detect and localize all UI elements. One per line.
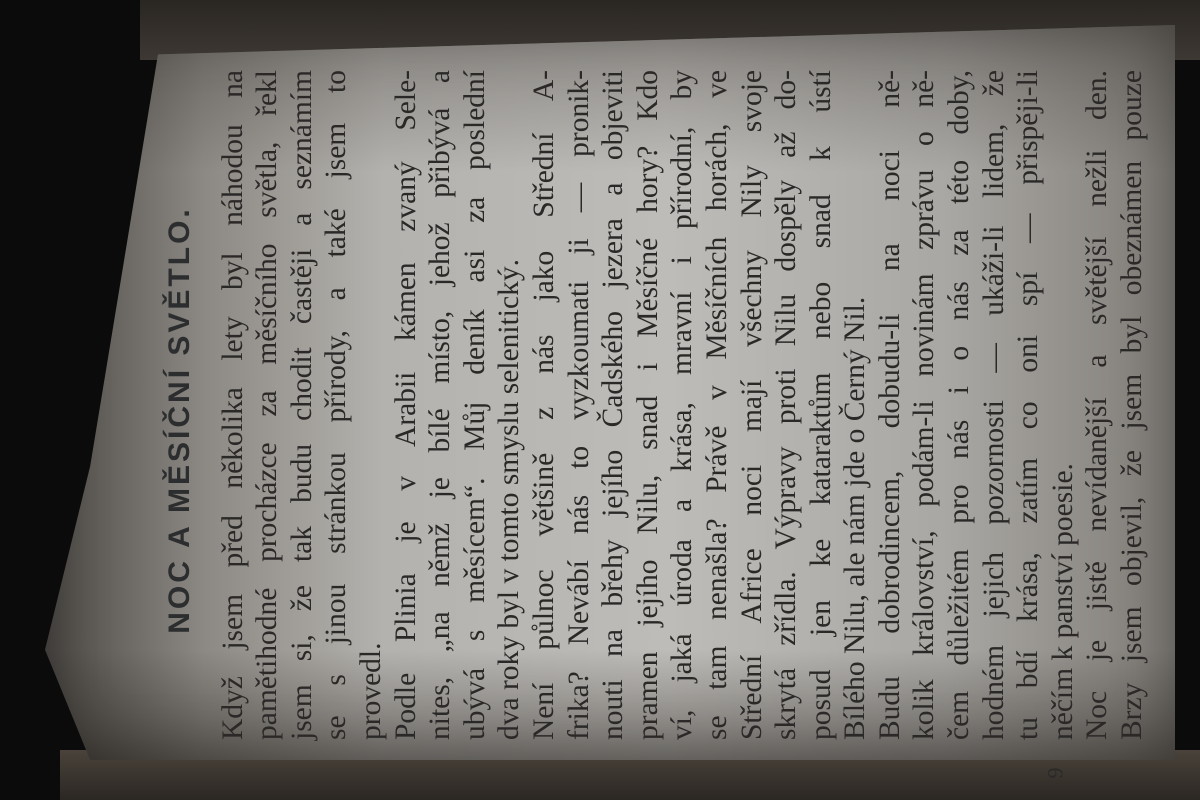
paragraph-3: Není půlnoc většině z nás jako Střední A…: [527, 70, 873, 770]
text-line: nites, „na němž je bílé místo, jehož při…: [423, 70, 458, 770]
page-number: 9: [1043, 768, 1069, 779]
text-line: ubývá s měsícem“. Můj deník asi za posle…: [458, 70, 493, 770]
text-line: skrytá zřídla. Výpravy proti Nilu dospěl…: [769, 70, 804, 770]
text-line: jsem si, že tak budu chodit častěji a se…: [285, 70, 320, 770]
text-line: pramen jejího Nilu, snad i Měsíčné hory?…: [631, 70, 666, 770]
text-line: Brzy jsem objevil, že jsem byl obeznámen…: [1115, 70, 1150, 770]
text-line: Střední Africe noci mají všechny Nily sv…: [735, 70, 770, 770]
text-line: ví, jaká úroda a krása, mravní i přírodn…: [665, 70, 700, 770]
text-line: Když jsem před několika lety byl náhodou…: [216, 70, 251, 770]
text-line: frika? Nevábí nás to vyzkoumati ji — pro…: [562, 70, 597, 770]
text-line: hodném jejich pozornosti — ukáži-li lide…: [977, 70, 1012, 770]
page-text: NOC A MĚSÍČNÍ SVĚTLO. Když jsem před něk…: [163, 70, 1033, 770]
text-line: se tam nenašla? Právě v Měsíčních horách…: [700, 70, 735, 770]
text-line: se s jinou stránkou přírody, a také jsem…: [319, 70, 354, 770]
text-line: nouti na břehy jejího Čadského jezera a …: [596, 70, 631, 770]
text-line: něčím k panství poesie.: [1046, 70, 1081, 770]
text-line: Budu dobrodincem, dobudu-li na noci ně-: [873, 70, 908, 770]
text-line: pamětihodné procházce za měsíčního světl…: [250, 70, 285, 770]
paragraph-1: Když jsem před několika lety byl náhodou…: [216, 70, 389, 770]
chapter-title: NOC A MĚSÍČNÍ SVĚTLO.: [163, 70, 198, 770]
text-line: kolik království, podám-li novinám zpráv…: [907, 70, 942, 770]
text-line: čem důležitém pro nás i o nás za této do…: [942, 70, 977, 770]
text-line: provedl.: [354, 70, 389, 770]
text-line: Není půlnoc většině z nás jako Střední A…: [527, 70, 562, 770]
text-line: tu bdí krása, zatím co oni spí — přispěj…: [1011, 70, 1046, 770]
text-line: dva roky byl v tomto smyslu selenitický.: [492, 70, 527, 770]
text-line: Noc je jistě nevídanější a světější nežl…: [1080, 70, 1115, 770]
paragraph-2: Podle Plinia je v Arabii kámen zvaný Sel…: [389, 70, 527, 770]
paragraph-4: Budu dobrodincem, dobudu-li na noci ně- …: [873, 70, 1081, 770]
paragraph-5: Noc je jistě nevídanější a světější nežl…: [1080, 70, 1149, 770]
text-line: Podle Plinia je v Arabii kámen zvaný Sel…: [389, 70, 424, 770]
text-line: Bílého Nilu, ale nám jde o Černý Nil.: [838, 70, 873, 770]
text-line: posud jen ke kataraktům nebo snad k ústí: [804, 70, 839, 770]
